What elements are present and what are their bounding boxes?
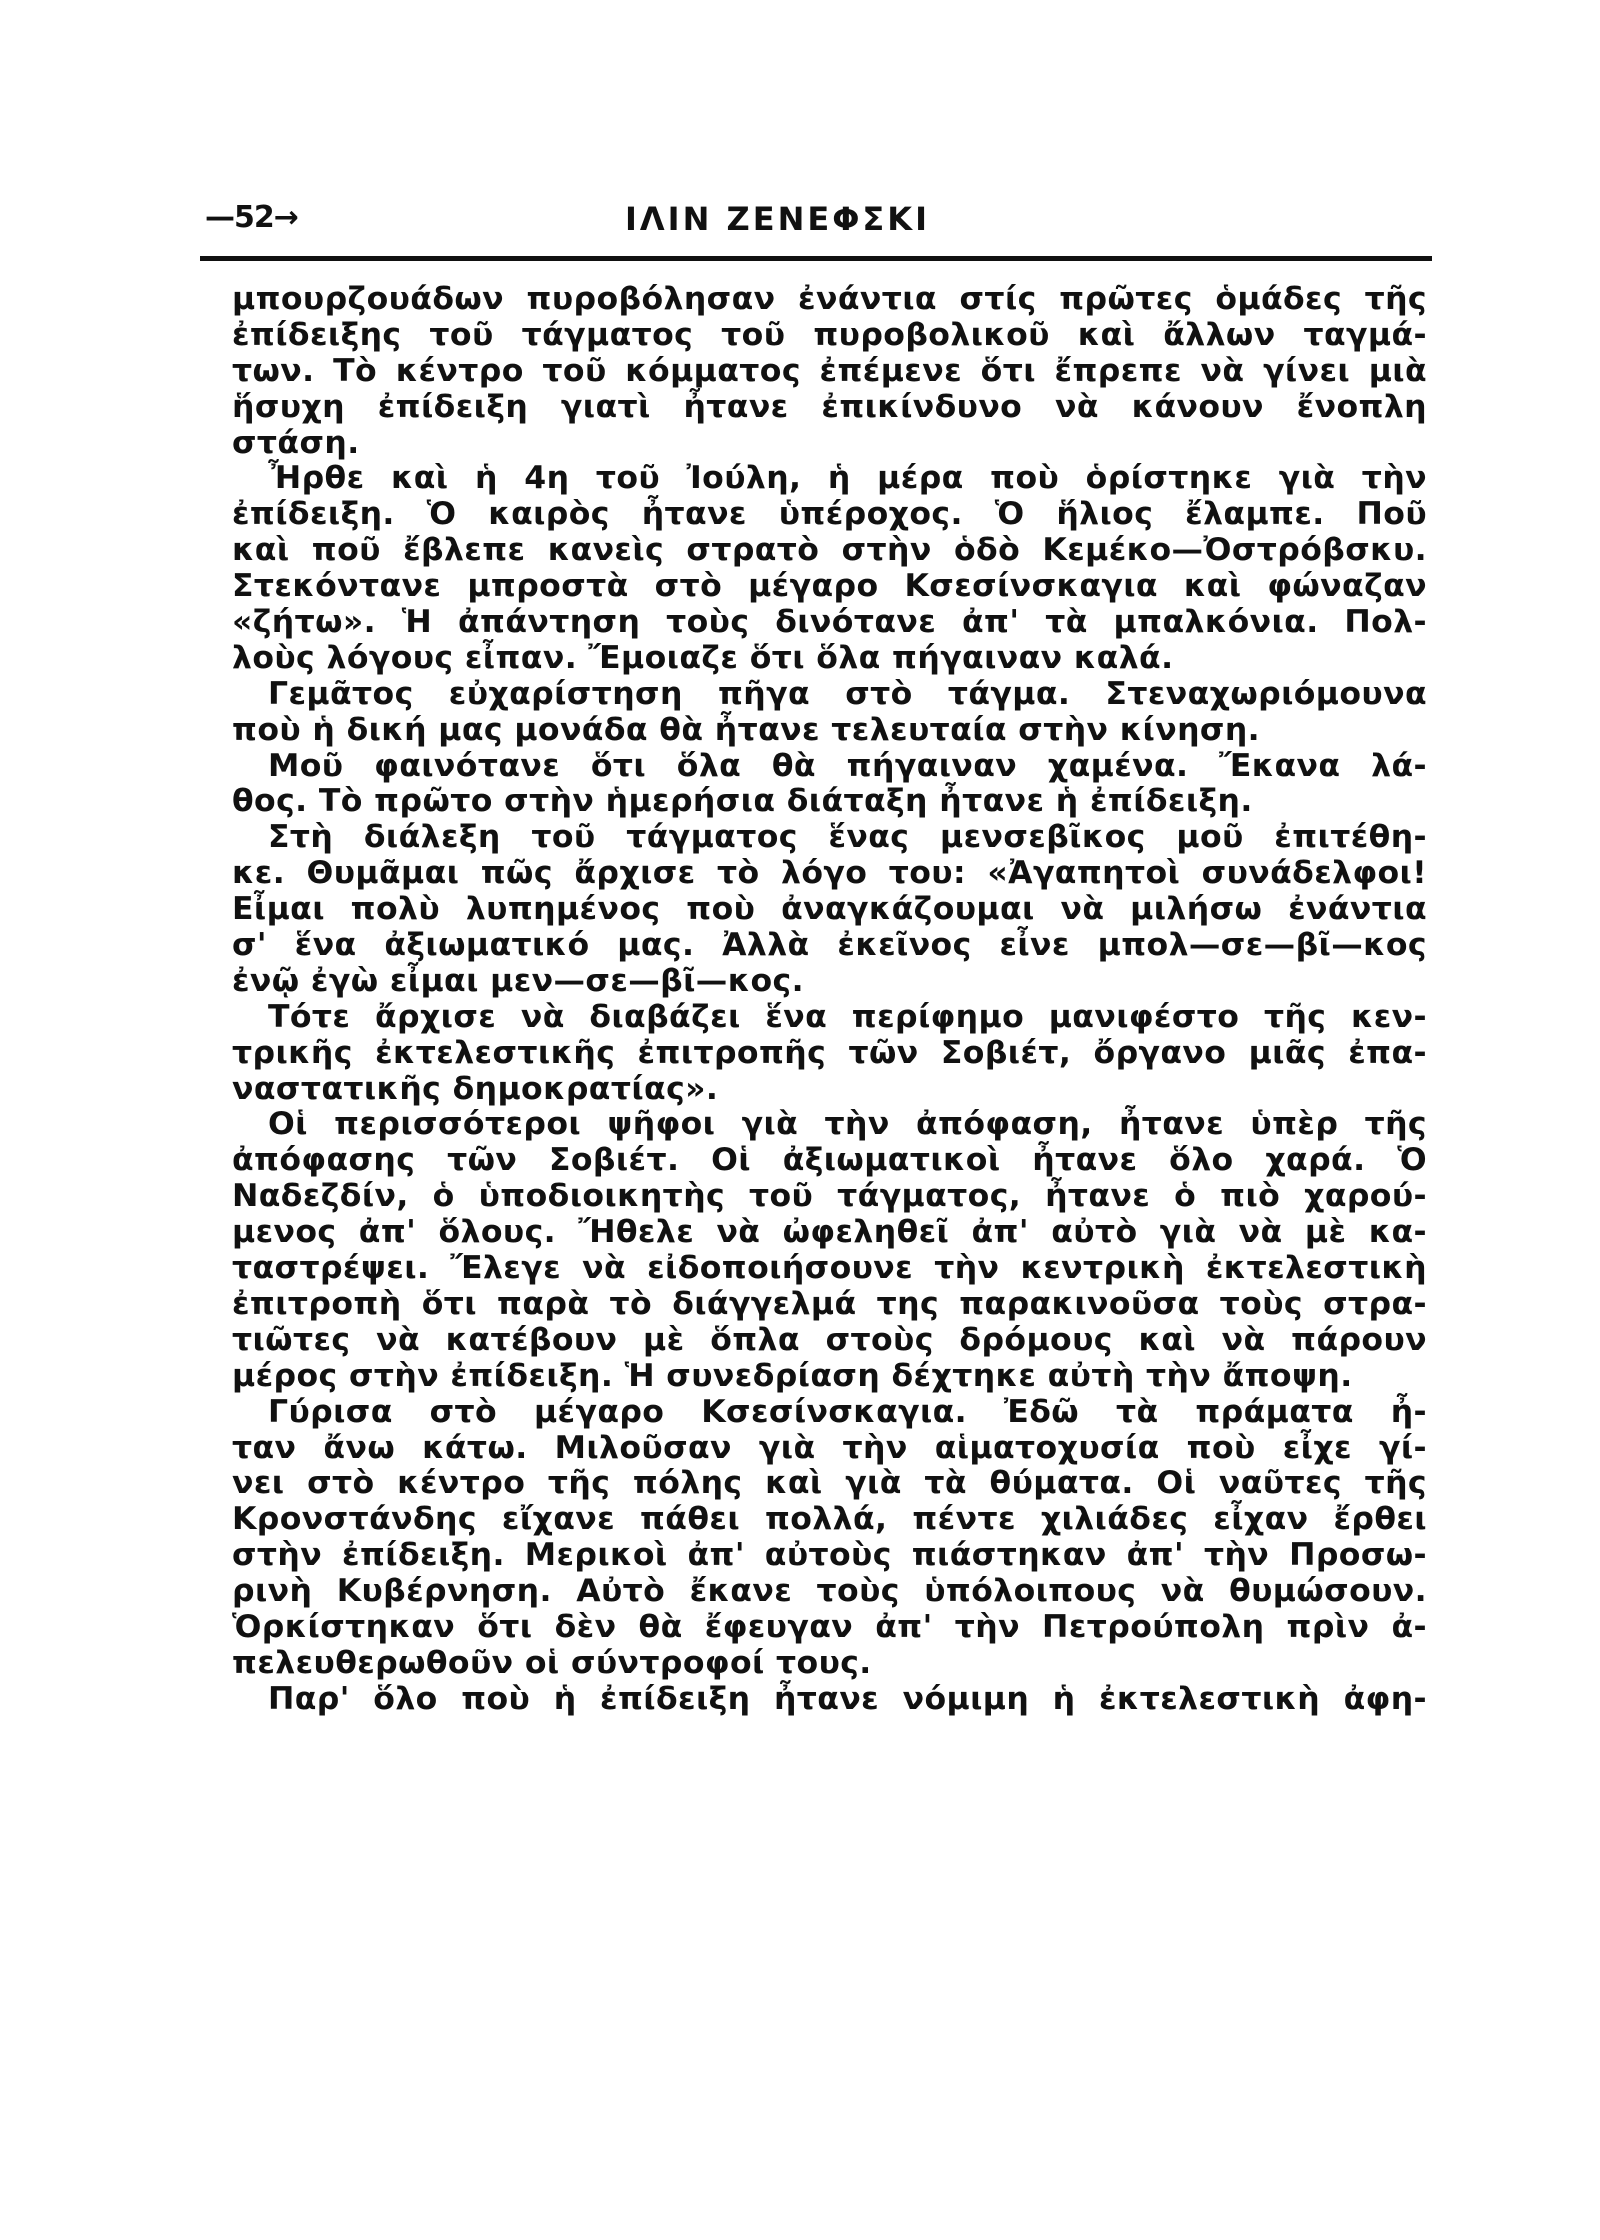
- text-line: πελευθερωθοῦν οἱ σύντροφοί τους.: [232, 1646, 1427, 1682]
- text-line: μέρος στὴν ἐπίδειξη. Ἡ συνεδρίαση δέχτηκ…: [232, 1359, 1427, 1395]
- text-line: ἐπίδειξη. Ὁ καιρὸς ἦτανε ὑπέροχος. Ὁ ἥλι…: [232, 497, 1427, 533]
- text-line: Κρονστάνδης εἴχανε πάθει πολλά, πέντε χι…: [232, 1502, 1427, 1538]
- text-line: σ' ἕνα ἀξιωματικό μας. Ἀλλὰ ἐκεῖνος εἶνε…: [232, 928, 1427, 964]
- text-line: Μοῦ φαινότανε ὅτι ὅλα θὰ πήγαιναν χαμένα…: [232, 749, 1427, 785]
- text-line: νει στὸ κέντρο τῆς πόλης καὶ γιὰ τὰ θύμα…: [232, 1466, 1427, 1502]
- header-rule-divider: [200, 256, 1432, 261]
- page-header: —52→ ΙΛΙΝ ΖΕΝΕΦΣΚΙ: [205, 200, 1430, 250]
- book-page: —52→ ΙΛΙΝ ΖΕΝΕΦΣΚΙ μπουρζουάδων πυροβόλη…: [0, 0, 1600, 2240]
- text-line: τιῶτες νὰ κατέβουν μὲ ὅπλα στοὺς δρόμους…: [232, 1323, 1427, 1359]
- text-line: ἐπίδειξης τοῦ τάγματος τοῦ πυροβολικοῦ κ…: [232, 318, 1427, 354]
- body-text: μπουρζουάδων πυροβόλησαν ἐνάντια στίς πρ…: [232, 282, 1427, 1718]
- text-line: καὶ ποῦ ἔβλεπε κανεὶς στρατὸ στὴν ὁδὸ Κε…: [232, 533, 1427, 569]
- text-line: Εἶμαι πολὺ λυπημένος ποὺ ἀναγκάζουμαι νὰ…: [232, 892, 1427, 928]
- text-line: των. Τὸ κέντρο τοῦ κόμματος ἐπέμενε ὅτι …: [232, 354, 1427, 390]
- text-line: Ἦρθε καὶ ἡ 4η τοῦ Ἰούλη, ἡ μέρα ποὺ ὁρίσ…: [232, 461, 1427, 497]
- text-line: Γύρισα στὸ μέγαρο Κσεσίνσκαγια. Ἐδῶ τὰ π…: [232, 1395, 1427, 1431]
- text-line: ρινὴ Κυβέρνηση. Αὐτὸ ἔκανε τοὺς ὑπόλοιπο…: [232, 1574, 1427, 1610]
- text-line: Παρ' ὅλο ποὺ ἡ ἐπίδειξη ἦτανε νόμιμη ἡ ἐ…: [232, 1682, 1427, 1718]
- text-line: Στεκόντανε μπροστὰ στὸ μέγαρο Κσεσίνσκαγ…: [232, 569, 1427, 605]
- text-line: Ναδεζδίν, ὁ ὑποδιοικητὴς τοῦ τάγματος, ἦ…: [232, 1179, 1427, 1215]
- text-line: «ζήτω». Ἡ ἀπάντηση τοὺς δινότανε ἀπ' τὰ …: [232, 605, 1427, 641]
- text-line: ποὺ ἡ δική μας μονάδα θὰ ἦτανε τελευταία…: [232, 713, 1427, 749]
- text-line: ταν ἄνω κάτω. Μιλοῦσαν γιὰ τὴν αἱματοχυσ…: [232, 1431, 1427, 1467]
- text-line: θος. Τὸ πρῶτο στὴν ἡμερήσια διάταξη ἦταν…: [232, 784, 1427, 820]
- text-line: Στὴ διάλεξη τοῦ τάγματος ἕνας μενσεβῖκος…: [232, 820, 1427, 856]
- running-title: ΙΛΙΝ ΖΕΝΕΦΣΚΙ: [625, 200, 930, 238]
- text-line: μπουρζουάδων πυροβόλησαν ἐνάντια στίς πρ…: [232, 282, 1427, 318]
- text-line: ἀπόφασης τῶν Σοβιέτ. Οἱ ἀξιωματικοὶ ἦταν…: [232, 1143, 1427, 1179]
- text-line: ναστατικῆς δημοκρατίας».: [232, 1072, 1427, 1108]
- text-line: ἥσυχη ἐπίδειξη γιατὶ ἦτανε ἐπικίνδυνο νὰ…: [232, 390, 1427, 426]
- page-number: —52→: [205, 200, 298, 235]
- text-line: Τότε ἄρχισε νὰ διαβάζει ἕνα περίφημο μαν…: [232, 1000, 1427, 1036]
- text-line: Γεμᾶτος εὐχαρίστηση πῆγα στὸ τάγμα. Στεν…: [232, 677, 1427, 713]
- text-line: ἐνῷ ἐγὼ εἶμαι μεν—σε—βῖ—κος.: [232, 964, 1427, 1000]
- text-line: μενος ἀπ' ὅλους. Ἤθελε νὰ ὠφεληθεῖ ἀπ' α…: [232, 1215, 1427, 1251]
- text-line: Ὁρκίστηκαν ὅτι δὲν θὰ ἔφευγαν ἀπ' τὴν Πε…: [232, 1610, 1427, 1646]
- text-line: στάση.: [232, 426, 1427, 462]
- text-line: Οἱ περισσότεροι ψῆφοι γιὰ τὴν ἀπόφαση, ἦ…: [232, 1107, 1427, 1143]
- text-line: ταστρέψει. Ἔλεγε νὰ εἰδοποιήσουνε τὴν κε…: [232, 1251, 1427, 1287]
- text-line: λοὺς λόγους εἶπαν. Ἔμοιαζε ὅτι ὅλα πήγαι…: [232, 641, 1427, 677]
- text-line: ἐπιτροπὴ ὅτι παρὰ τὸ διάγγελμά της παρακ…: [232, 1287, 1427, 1323]
- text-line: κε. Θυμᾶμαι πῶς ἄρχισε τὸ λόγο του: «Ἀγα…: [232, 856, 1427, 892]
- text-line: στὴν ἐπίδειξη. Μερικοὶ ἀπ' αὐτοὺς πιάστη…: [232, 1538, 1427, 1574]
- text-line: τρικῆς ἐκτελεστικῆς ἐπιτροπῆς τῶν Σοβιέτ…: [232, 1036, 1427, 1072]
